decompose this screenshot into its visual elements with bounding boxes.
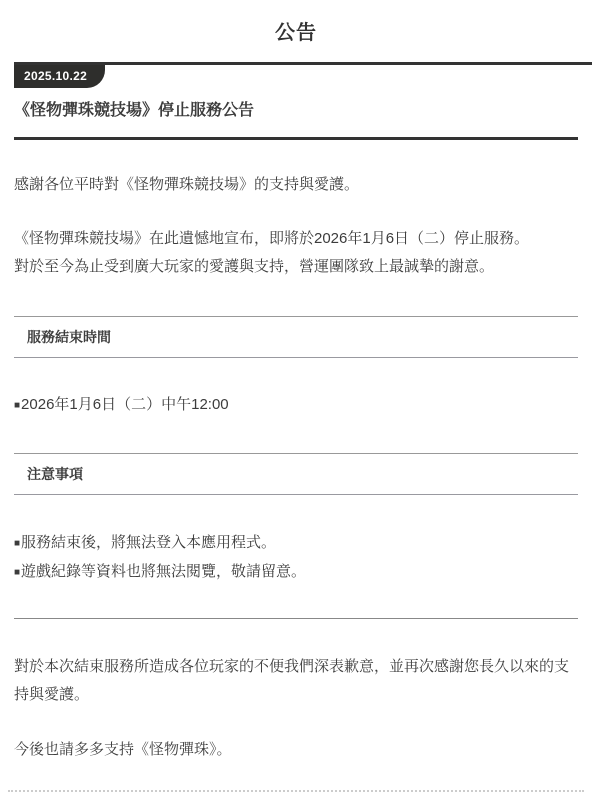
intro-line: 感謝各位平時對《怪物彈珠競技場》的支持與愛護。 [14,171,578,199]
square-bullet-icon: ■ [14,400,20,411]
square-bullet-icon: ■ [14,538,20,549]
section-header-notes: 注意事項 [14,453,578,495]
section-header-end-time: 服務結束時間 [14,316,578,358]
announcement-line-2: 對於至今為止受到廣大玩家的愛護與支持，營運團隊致上最誠摯的謝意。 [14,253,578,281]
note-item-1: ■服務結束後，將無法登入本應用程式。 [14,529,578,558]
note-item-2: ■遊戲紀錄等資料也將無法閱覽，敬請留意。 [14,558,578,587]
announcement-paragraph: 《怪物彈珠競技場》在此遺憾地宣布，即將於2026年1月6日（二）停止服務。 對於… [14,225,578,281]
closing-paragraph-2: 今後也請多多支持《怪物彈珠》。 [14,736,578,764]
end-time-item: ■2026年1月6日（二）中午12:00 [14,391,578,420]
date-row: 2025.10.22 [14,62,592,88]
notice-page: 公告 2025.10.22 《怪物彈珠競技場》停止服務公告 感謝各位平時對《怪物… [0,0,592,792]
section-title-notes: 注意事項 [27,466,83,482]
heading-divider [14,137,578,140]
intro-paragraph: 感謝各位平時對《怪物彈珠競技場》的支持與愛護。 [14,171,578,199]
date-badge: 2025.10.22 [14,65,105,88]
closing-line-1: 對於本次結束服務所造成各位玩家的不便我們深表歉意，並再次感謝您長久以來的支持與愛… [14,653,578,709]
section-title-end-time: 服務結束時間 [27,329,111,345]
notes-list: ■服務結束後，將無法登入本應用程式。 ■遊戲紀錄等資料也將無法閱覽，敬請留意。 [0,529,592,587]
square-bullet-icon: ■ [14,567,20,578]
announcement-line-1: 《怪物彈珠競技場》在此遺憾地宣布，即將於2026年1月6日（二）停止服務。 [14,225,578,253]
notice-heading: 《怪物彈珠競技場》停止服務公告 [14,97,578,120]
note-text-1: 服務結束後，將無法登入本應用程式。 [21,534,276,551]
closing-line-2: 今後也請多多支持《怪物彈珠》。 [14,736,578,764]
end-time-text: 2026年1月6日（二）中午12:00 [21,396,229,413]
closing-divider [14,618,578,619]
closing-paragraph-1: 對於本次結束服務所造成各位玩家的不便我們深表歉意，並再次感謝您長久以來的支持與愛… [14,653,578,709]
note-text-2: 遊戲紀錄等資料也將無法閱覽，敬請留意。 [21,563,306,580]
page-title: 公告 [0,16,592,45]
